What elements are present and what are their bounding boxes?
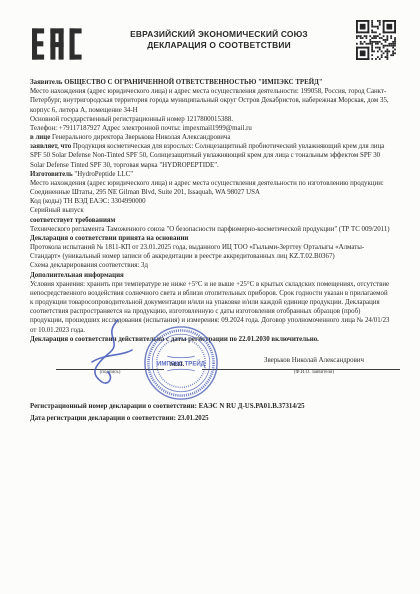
tnved-code: Код (коды) ТН ВЭД ЕАЭС: 3304990000 (30, 197, 392, 206)
product-description: Продукция косметическая для взрослых: Со… (30, 143, 384, 168)
signature-block: (подпись) М.П. Зверьков Николай Александ… (30, 350, 392, 394)
in-person-label: в лице (30, 134, 50, 141)
product-declaration: заявляет, что Продукция косметическая дл… (30, 142, 392, 170)
release-type: Серийный выпуск (30, 206, 392, 215)
eac-mark-icon (32, 25, 82, 63)
declaration-document: ЕВРАЗИЙСКИЙ ЭКОНОМИЧЕСКИЙ СОЮЗ ДЕКЛАРАЦИ… (0, 0, 420, 594)
registration-number-label: Регистрационный номер декларации о соотв… (30, 403, 197, 410)
manufacturer-address: Место нахождения (адрес юридического лиц… (30, 179, 392, 197)
manufacturer-label: Изготовитель (30, 171, 73, 178)
registration-number-line: Регистрационный номер декларации о соотв… (30, 402, 392, 411)
registration-date-label: Дата регистрации декларации о соответств… (30, 415, 176, 422)
in-person-name: Генерального директора Зверькова Николая… (52, 134, 230, 141)
applicant-contacts: Телефон: +79117187927 Адрес электронной … (30, 124, 392, 133)
applicant-address: Место нахождения (адрес юридического лиц… (30, 87, 392, 115)
qr-code (356, 20, 396, 60)
stamp-place-label: М.П. (170, 361, 184, 370)
applicant-line: Заявитель ОБЩЕСТВО С ОГРАНИЧЕННОЙ ОТВЕТС… (30, 78, 392, 87)
registration-section: Регистрационный номер декларации о соотв… (30, 402, 392, 423)
manufacturer-name: "HydroPeptide LLC" (74, 171, 133, 178)
declares-label: заявляет, что (30, 143, 71, 150)
compliance-text: Технического регламента Таможенного союз… (30, 225, 392, 234)
registration-date-value: 23.01.2025 (178, 415, 209, 422)
declaration-title: ДЕКЛАРАЦИЯ О СООТВЕТСТВИИ (88, 40, 350, 51)
additional-info-text: Условия хранения: хранить при температур… (30, 280, 392, 335)
signature-caption: (подпись) (56, 370, 164, 377)
registration-number-value: ЕАЭС N RU Д-US.РА01.В.37314/25 (199, 403, 305, 410)
applicant-representative: в лице Генерального директора Зверькова … (30, 133, 392, 142)
basis-text: Протокола испытаний № 1811-КП от 23.01.2… (30, 243, 392, 261)
document-header: ЕВРАЗИЙСКИЙ ЭКОНОМИЧЕСКИЙ СОЮЗ ДЕКЛАРАЦИ… (0, 0, 420, 63)
applicant-ogrn: Основной государственный регистрационный… (30, 115, 392, 124)
document-body: Заявитель ОБЩЕСТВО С ОГРАНИЧЕННОЙ ОТВЕТС… (0, 63, 420, 423)
union-title: ЕВРАЗИЙСКИЙ ЭКОНОМИЧЕСКИЙ СОЮЗ (88, 29, 350, 40)
registration-date-line: Дата регистрации декларации о соответств… (30, 414, 392, 423)
manufacturer-line: Изготовитель "HydroPeptide LLC" (30, 170, 392, 179)
additional-info-label: Дополнительная информация (30, 271, 392, 280)
signer-name: Зверьков Николай Александрович (228, 356, 400, 365)
compliance-label: соответствует требованиям (30, 216, 392, 225)
signer-name-caption: (Ф.И.О. заявителя) (228, 370, 400, 377)
validity-statement: Декларация о соответствии действительна … (30, 335, 392, 344)
applicant-name: ОБЩЕСТВО С ОГРАНИЧЕННОЙ ОТВЕТСТВЕННОСТЬЮ… (64, 79, 322, 86)
basis-label: Декларация о соответствии принята на осн… (30, 234, 392, 243)
document-title: ЕВРАЗИЙСКИЙ ЭКОНОМИЧЕСКИЙ СОЮЗ ДЕКЛАРАЦИ… (82, 29, 356, 51)
applicant-label: Заявитель (30, 79, 62, 86)
declaration-scheme: Схема декларирования соответствия: 3д (30, 261, 392, 270)
